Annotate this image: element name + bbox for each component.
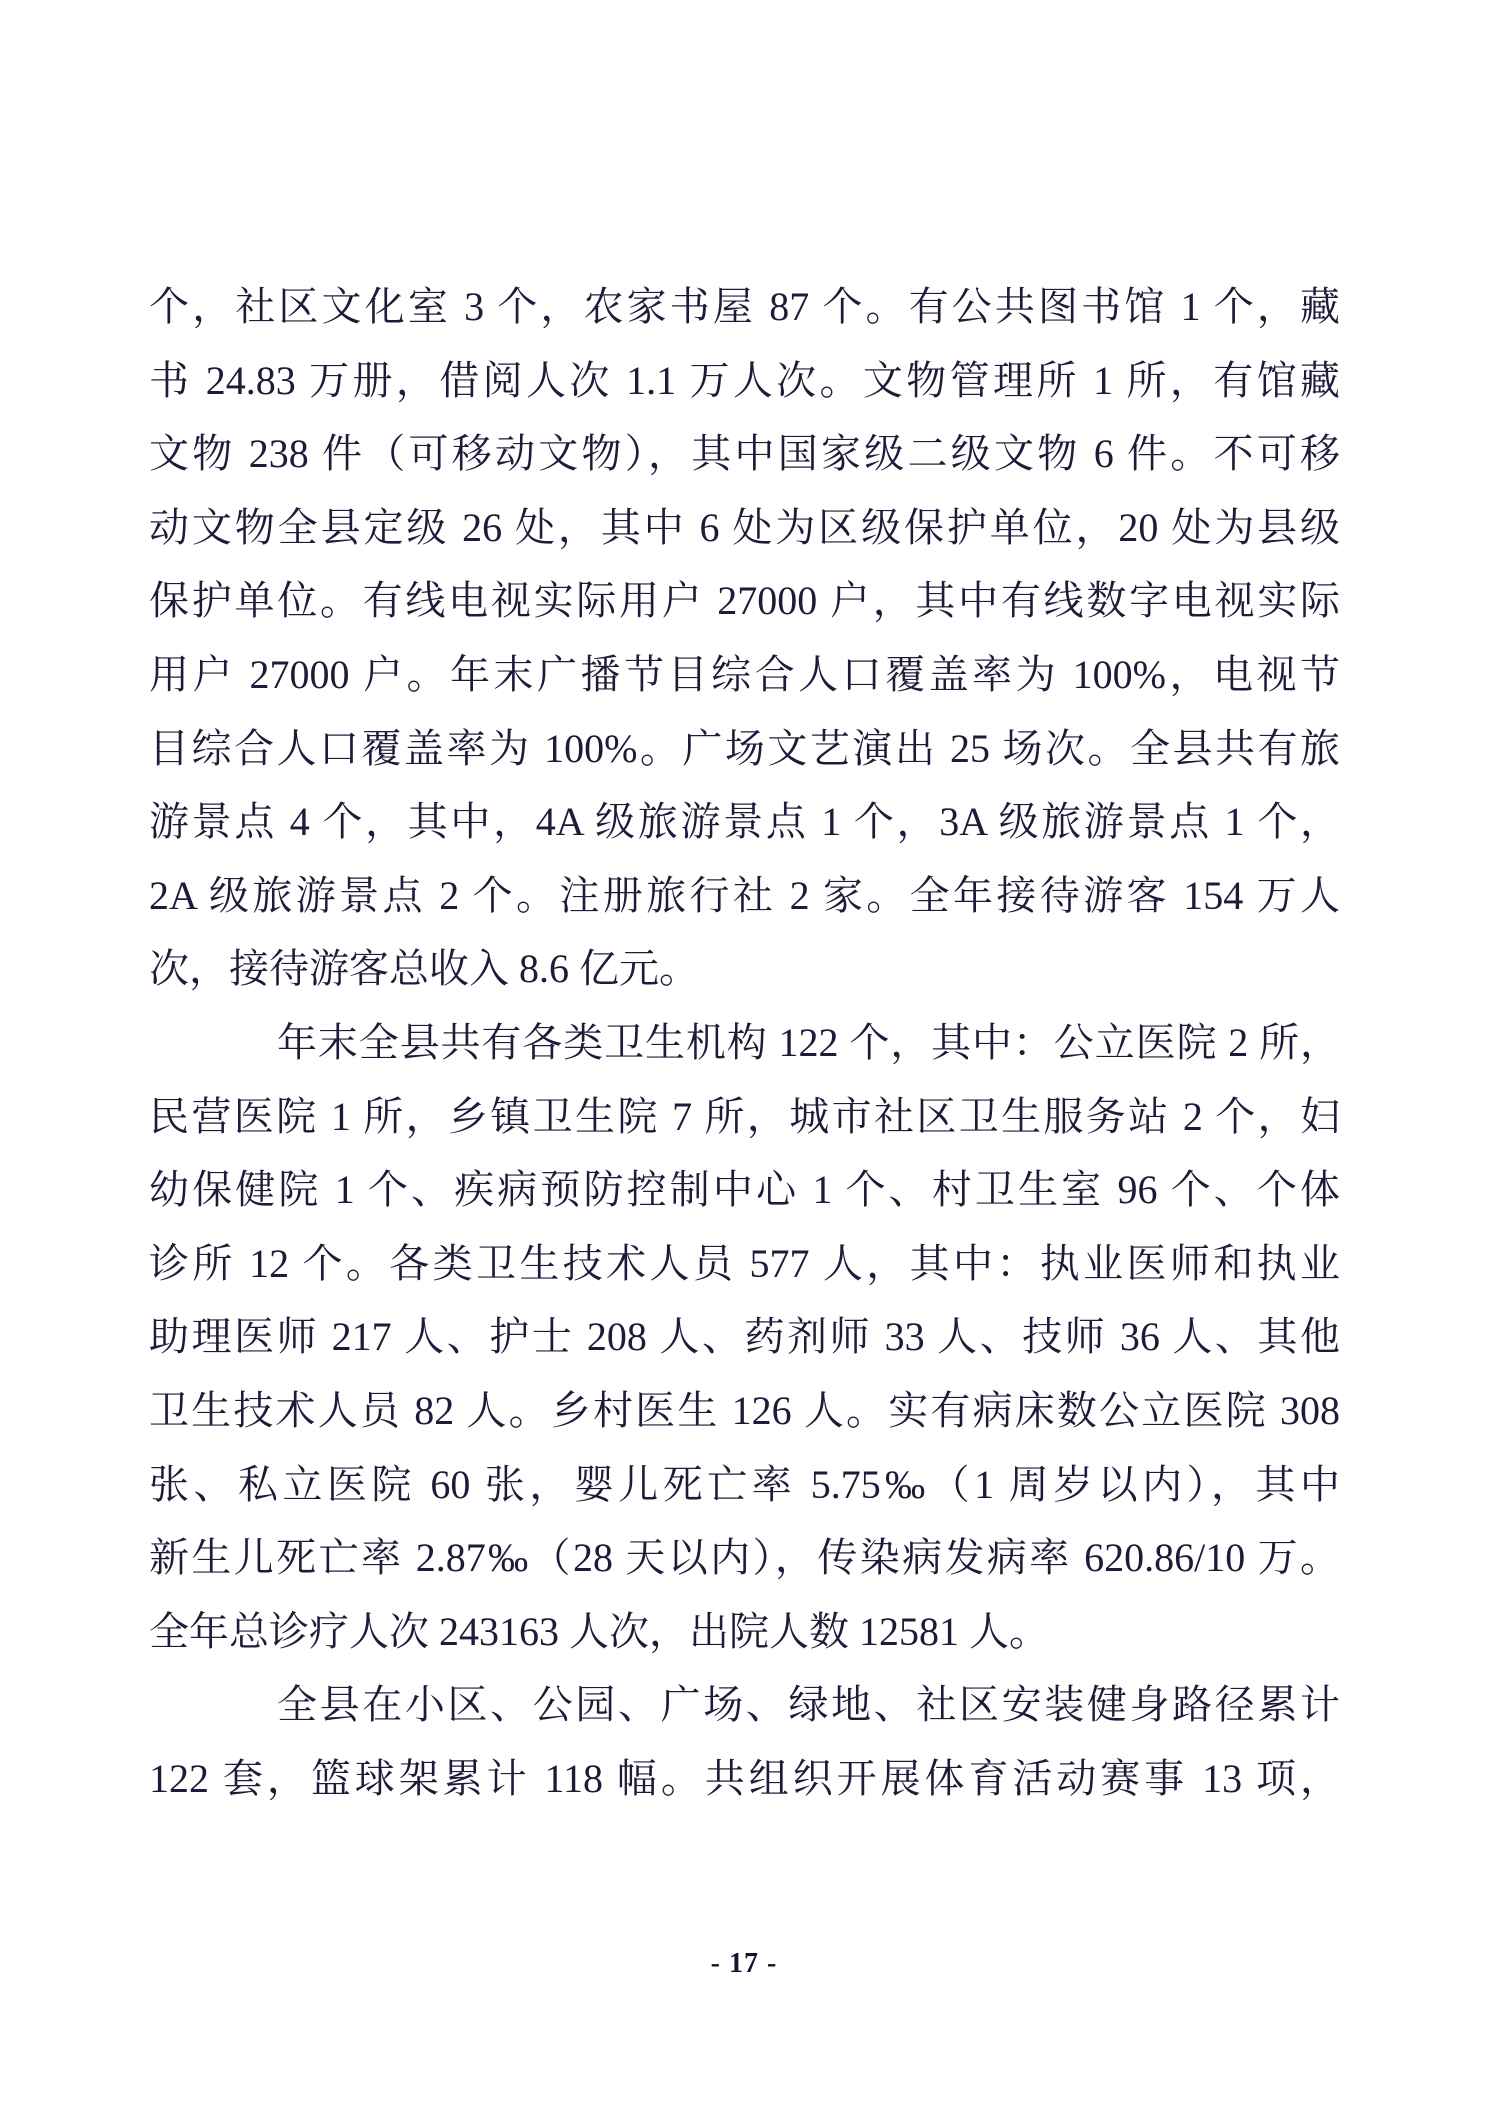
text-line: 卫生技术人员 82 人。乡村医生 126 人。实有病床数公立医院 308 xyxy=(149,1374,1340,1448)
text-line: 诊所 12 个。各类卫生技术人员 577 人，其中：执业医师和执业 xyxy=(149,1227,1340,1301)
text-line: 助理医师 217 人、护士 208 人、药剂师 33 人、技师 36 人、其他 xyxy=(149,1300,1340,1374)
text-line: 张、私立医院 60 张，婴儿死亡率 5.75‰（1 周岁以内），其中 xyxy=(149,1448,1340,1522)
text-line: 次，接待游客总收入 8.6 亿元。 xyxy=(149,932,1340,1006)
text-line: 个，社区文化室 3 个，农家书屋 87 个。有公共图书馆 1 个，藏 xyxy=(149,270,1340,344)
text-line: 2A 级旅游景点 2 个。注册旅行社 2 家。全年接待游客 154 万人 xyxy=(149,859,1340,933)
text-line: 游景点 4 个，其中，4A 级旅游景点 1 个，3A 级旅游景点 1 个， xyxy=(149,785,1340,859)
text-line: 全县在小区、公园、广场、绿地、社区安装健身路径累计 xyxy=(149,1668,1340,1742)
text-line: 动文物全县定级 26 处，其中 6 处为区级保护单位，20 处为县级 xyxy=(149,491,1340,565)
text-line: 年末全县共有各类卫生机构 122 个，其中：公立医院 2 所， xyxy=(149,1006,1340,1080)
text-line: 目综合人口覆盖率为 100%。广场文艺演出 25 场次。全县共有旅 xyxy=(149,712,1340,786)
text-line: 文物 238 件（可移动文物），其中国家级二级文物 6 件。不可移 xyxy=(149,417,1340,491)
document-page: 个，社区文化室 3 个，农家书屋 87 个。有公共图书馆 1 个，藏 书 24.… xyxy=(0,0,1488,2104)
text-line: 122 套，篮球架累计 118 幅。共组织开展体育活动赛事 13 项， xyxy=(149,1742,1340,1816)
text-line: 民营医院 1 所，乡镇卫生院 7 所，城市社区卫生服务站 2 个，妇 xyxy=(149,1080,1340,1154)
text-line: 新生儿死亡率 2.87‰（28 天以内），传染病发病率 620.86/10 万。 xyxy=(149,1521,1340,1595)
text-line: 幼保健院 1 个、疾病预防控制中心 1 个、村卫生室 96 个、个体 xyxy=(149,1153,1340,1227)
text-line: 书 24.83 万册，借阅人次 1.1 万人次。文物管理所 1 所，有馆藏 xyxy=(149,344,1340,418)
page-number: - 17 - xyxy=(0,1948,1488,1980)
text-line: 全年总诊疗人次 243163 人次，出院人数 12581 人。 xyxy=(149,1595,1340,1669)
body-text: 个，社区文化室 3 个，农家书屋 87 个。有公共图书馆 1 个，藏 书 24.… xyxy=(149,270,1340,1815)
text-line: 用户 27000 户。年末广播节目综合人口覆盖率为 100%，电视节 xyxy=(149,638,1340,712)
text-line: 保护单位。有线电视实际用户 27000 户，其中有线数字电视实际 xyxy=(149,564,1340,638)
